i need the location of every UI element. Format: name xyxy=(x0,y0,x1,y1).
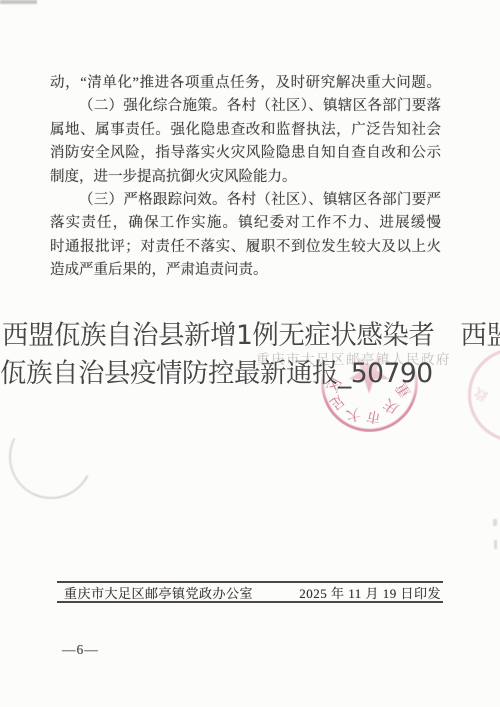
scan-corner-smudge xyxy=(0,0,37,4)
overlay-headline-line-1: 西盟佤族自治县新增1例无症状感染者 西盟 xyxy=(2,317,500,355)
body-text-line: 动，“清单化”推进各项重点任务，及时研究解决重大问题。 xyxy=(50,72,441,95)
body-text-line: 属地、属事责任。强化隐患查改和监督执法，广泛告知社会单位 xyxy=(50,119,441,142)
footer-print-date: 2025 年 11 月 19 日印发 xyxy=(299,583,443,602)
body-text-line: 制度，进一步提高抗御火灾风险能力。 xyxy=(50,166,441,189)
body-text-line: （二）强化综合施策。各村（社区）、镇辖区各部门要落实 xyxy=(50,95,441,118)
page-number: —6— xyxy=(62,642,99,658)
seal-fragment-right-edge: 政 xyxy=(468,348,500,442)
scan-edge-mark xyxy=(493,519,497,526)
footer-rule-bottom xyxy=(57,601,443,603)
footer-row: 重庆市大足区邮亭镇党政办公室 2025 年 11 月 19 日印发 xyxy=(57,584,443,600)
body-text-line: 消防安全风险，指导落实火灾风险隐患自知自查自改和公示管理 xyxy=(50,142,441,165)
footer-issuing-office: 重庆市大足区邮亭镇党政办公室 xyxy=(57,583,253,602)
overlay-headline-line-2: 佤族自治县疫情防控最新通报_50790 xyxy=(0,355,433,393)
body-text-line: 时通报批评；对责任不落实、履职不到位发生较大及以上火灾， xyxy=(50,236,441,259)
body-text-line: 造成严重后果的，严肃追责问责。 xyxy=(50,259,441,282)
scan-artifact-arc xyxy=(0,404,104,510)
body-text-line: （三）严格跟踪问效。各村（社区）、镇辖区各部门要严格 xyxy=(50,189,441,212)
document-body-text: 动，“清单化”推进各项重点任务，及时研究解决重大问题。 （二）强化综合施策。各村… xyxy=(50,72,441,283)
seal-arc-char: 市 xyxy=(365,406,384,425)
body-text-line: 落实责任，确保工作实施。镇纪委对工作不力、进展缓慢的，及 xyxy=(50,212,441,235)
scanned-document-page: 动，“清单化”推进各项重点任务，及时研究解决重大问题。 （二）强化综合施策。各村… xyxy=(0,0,500,707)
scan-edge-mark xyxy=(494,540,497,549)
